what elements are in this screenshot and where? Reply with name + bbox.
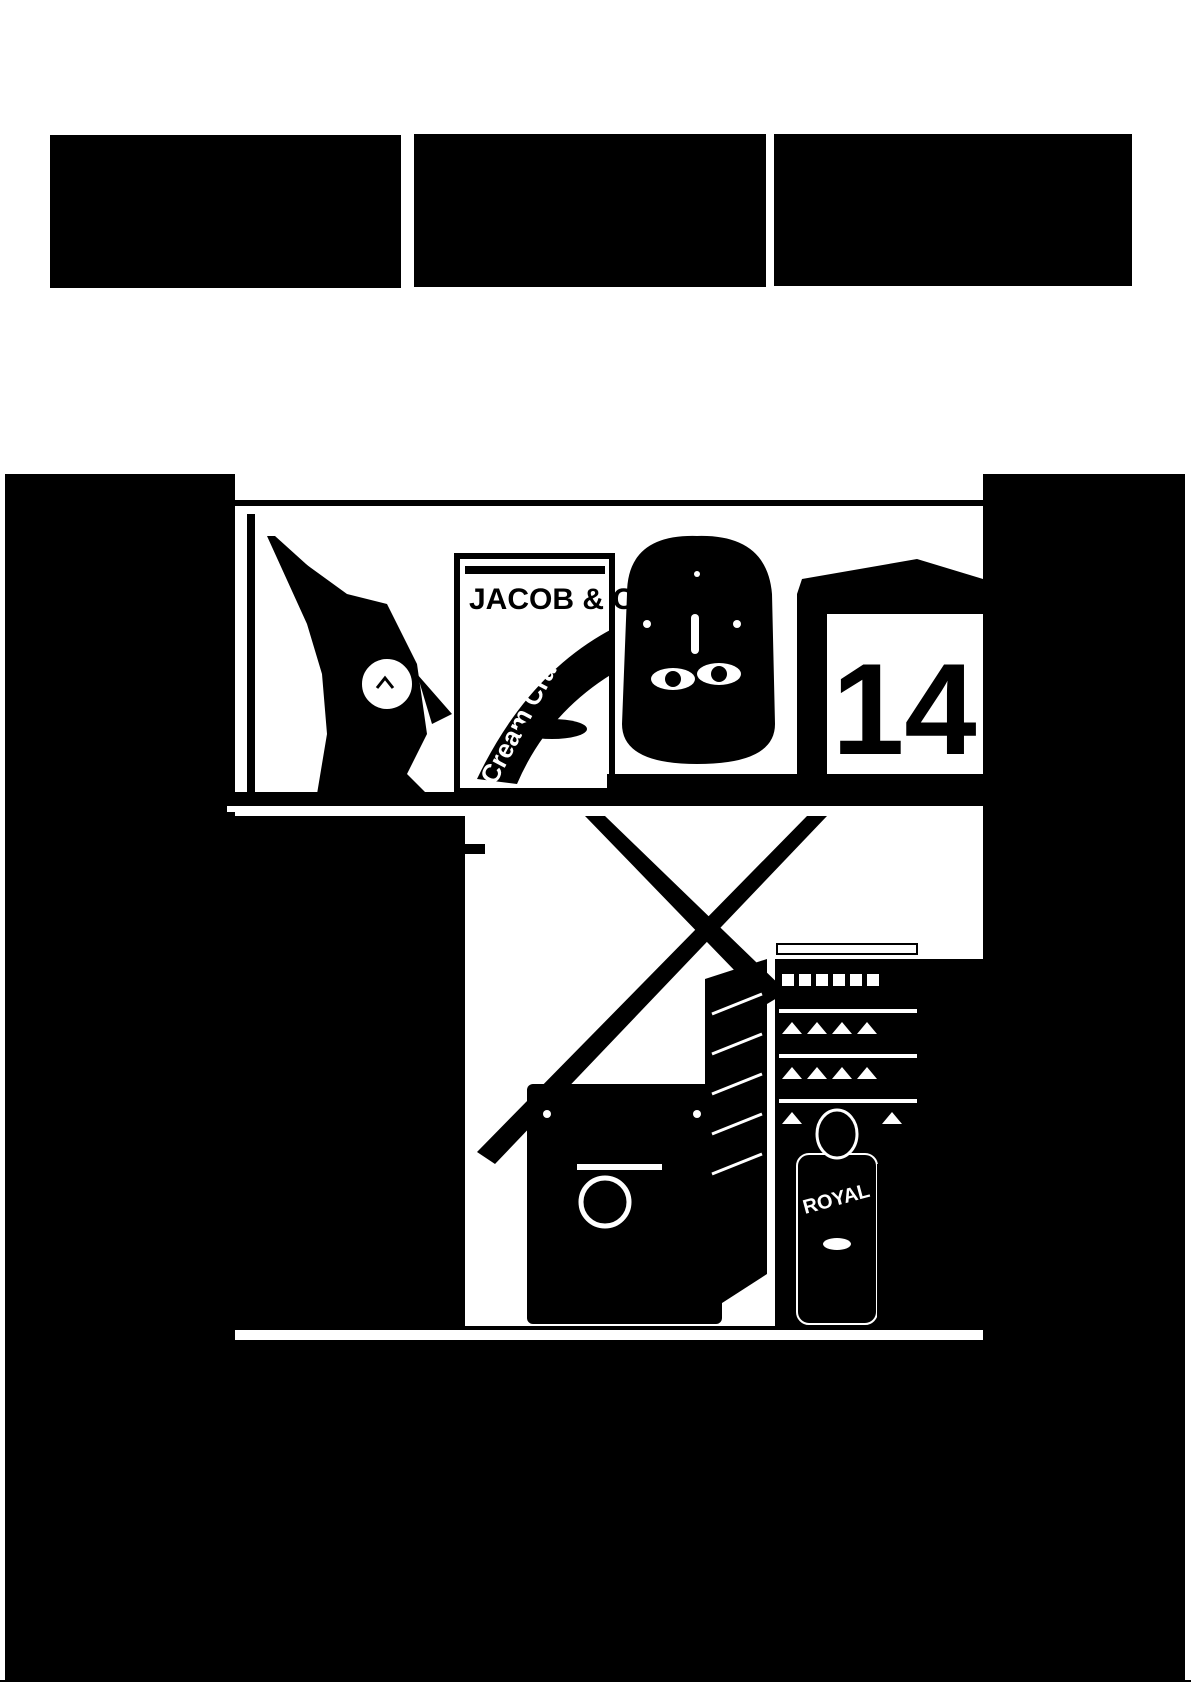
dark-panel bbox=[235, 816, 465, 1326]
middle-shelf bbox=[227, 792, 983, 806]
redaction-box-2 bbox=[414, 134, 766, 287]
shelf-photograph: JACOB & Co's Cream Crackers bbox=[227, 474, 983, 1340]
page-bottom-rule bbox=[0, 1680, 1191, 1682]
redaction-box-3 bbox=[774, 134, 1132, 286]
number-sign-icon: 14 bbox=[797, 559, 983, 792]
carved-mask-icon bbox=[622, 536, 775, 764]
camera-box-icon bbox=[527, 1084, 722, 1324]
sign-number-text: 14 bbox=[832, 636, 977, 782]
redaction-box-1 bbox=[50, 135, 401, 288]
printed-box-icon bbox=[705, 959, 767, 1314]
top-shelf-edge bbox=[227, 500, 983, 506]
photo-mount: JACOB & Co's Cream Crackers bbox=[5, 474, 1185, 1680]
